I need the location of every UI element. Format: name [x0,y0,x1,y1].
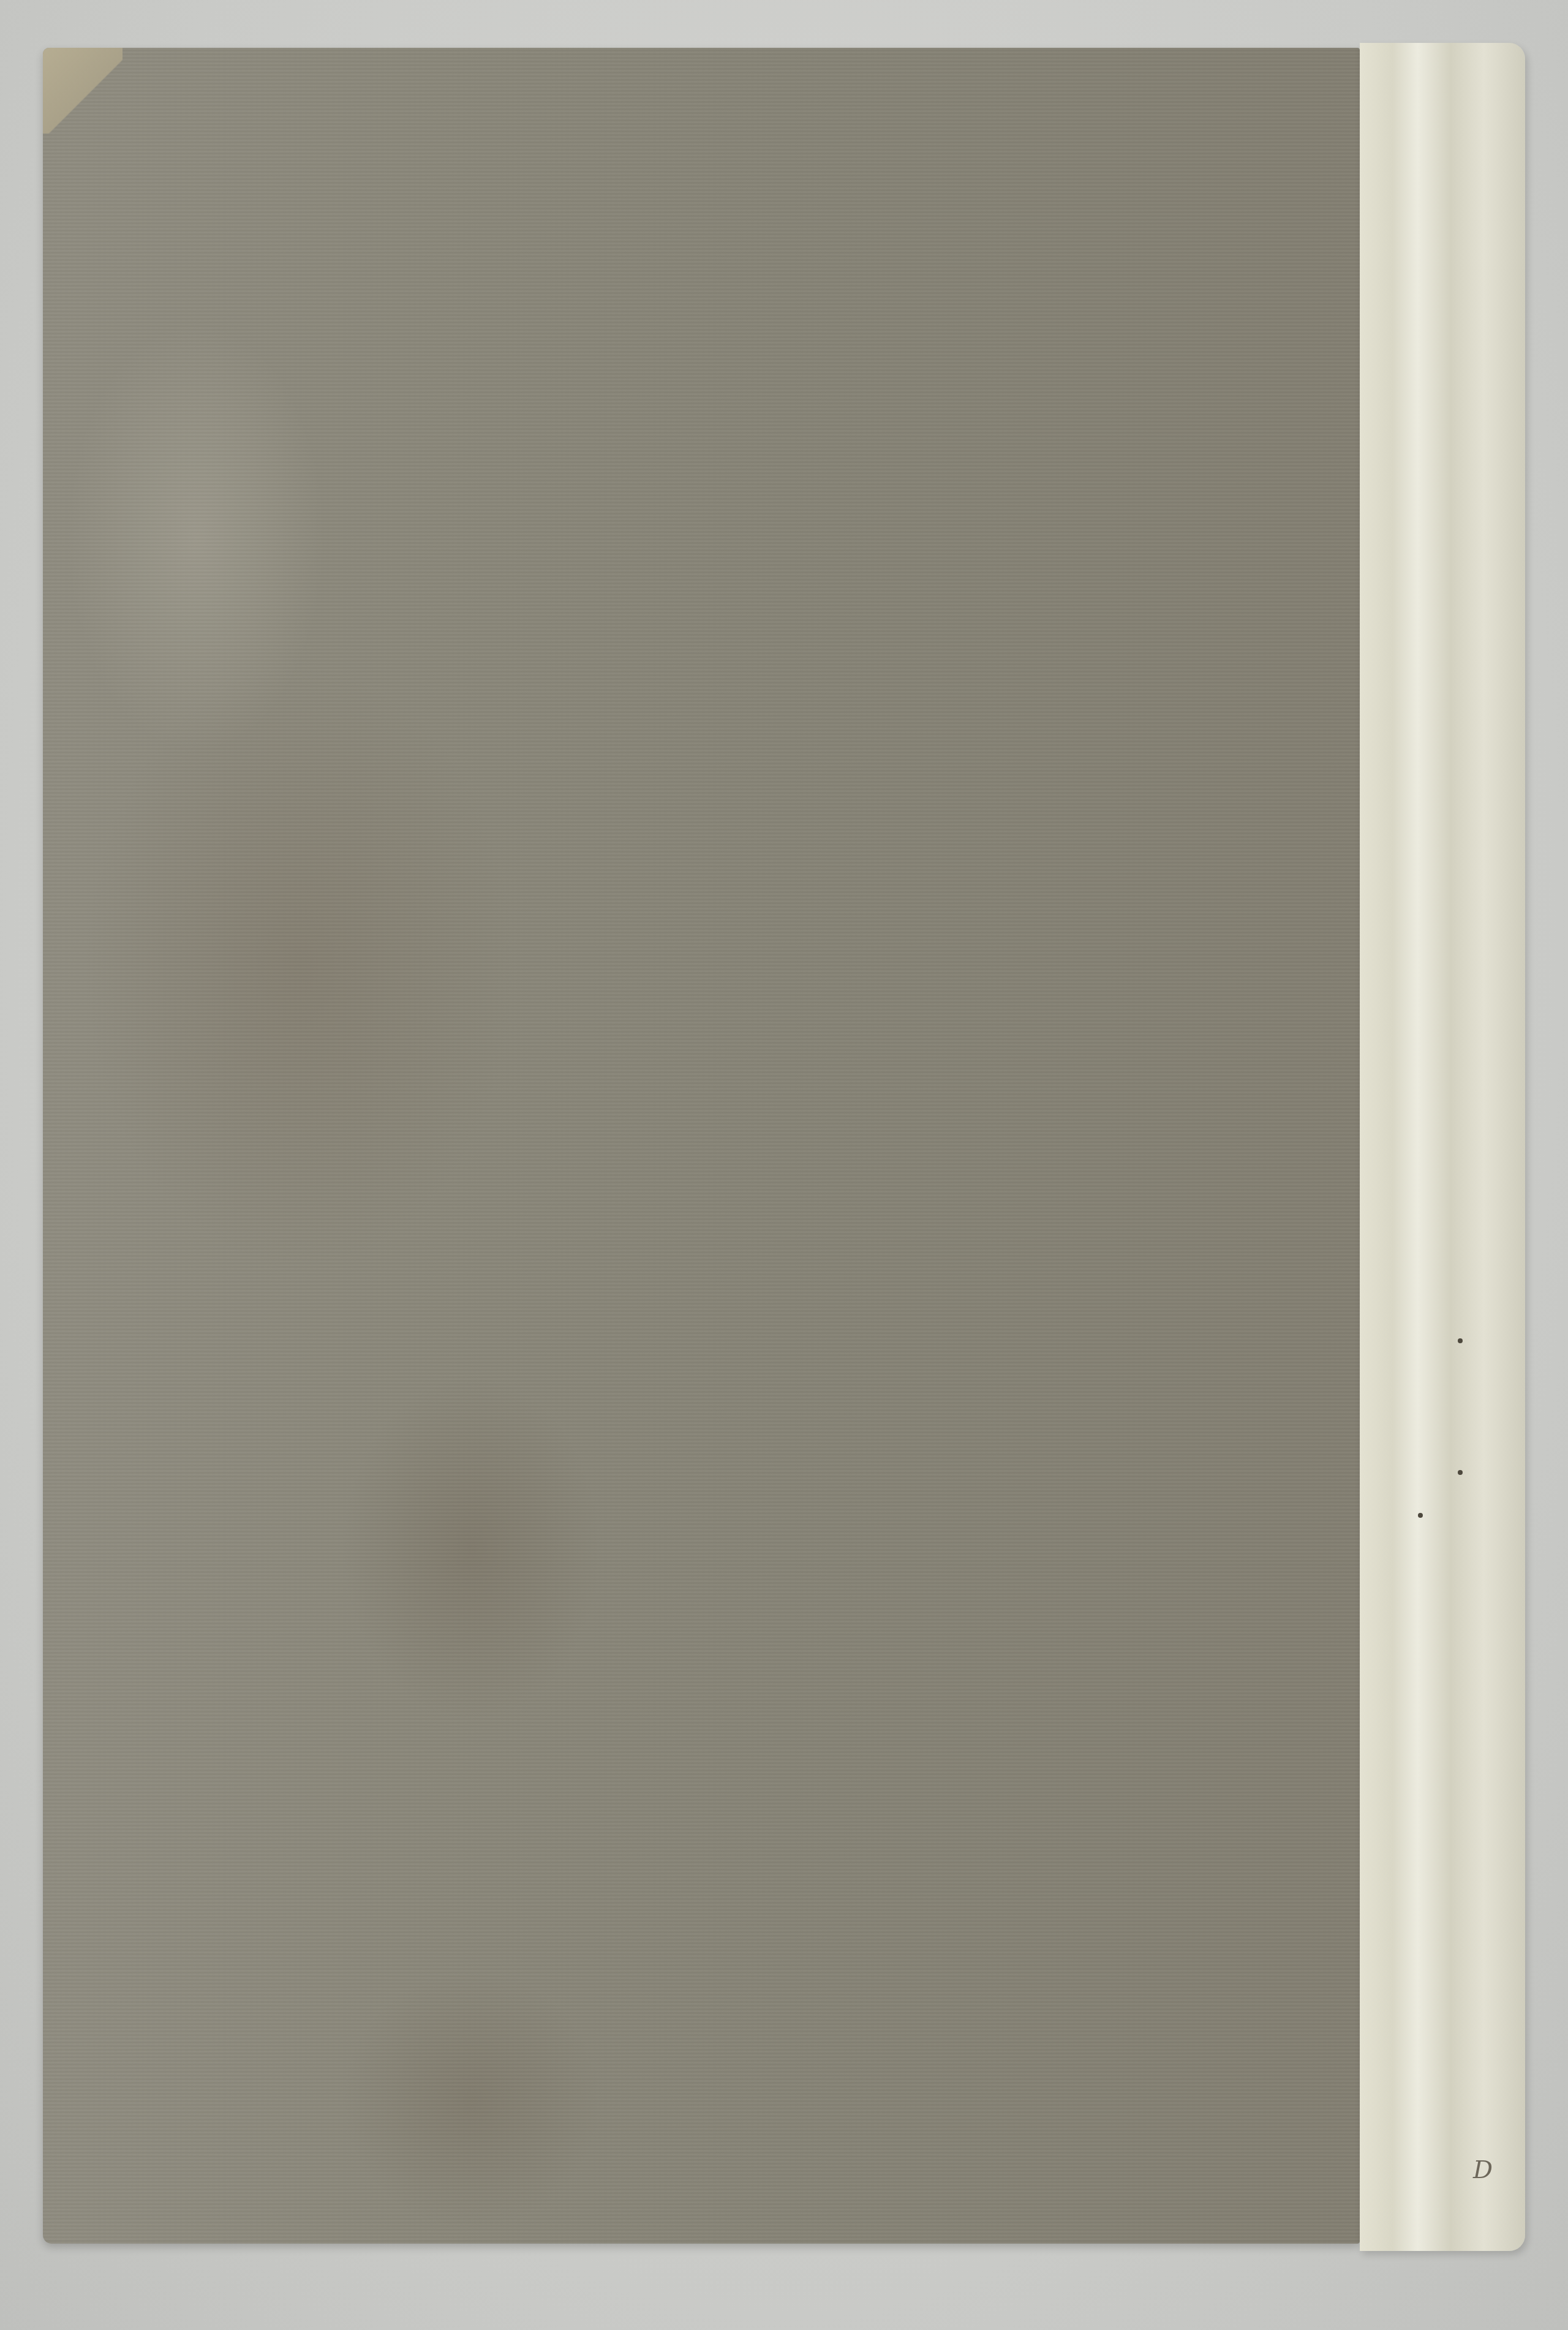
spine-spot [1418,1513,1423,1518]
spine [1360,43,1525,2251]
spine-spot [1458,1338,1463,1343]
cloth-texture [43,48,1360,2244]
spine-spot [1458,1470,1463,1475]
worn-corner [43,48,123,134]
book [43,43,1525,2248]
spine-letter: D [1473,2156,1493,2184]
